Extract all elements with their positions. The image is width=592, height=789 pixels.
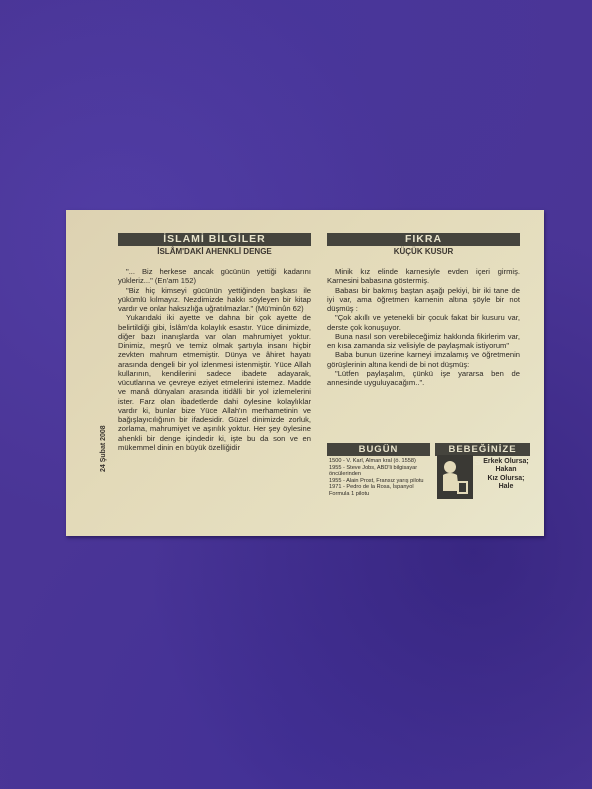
article-title-left: İSLÂM'DAKİ AHENKLİ DENGE bbox=[118, 247, 311, 256]
newspaper-clipping: İSLAMİ BİLGİLER İSLÂM'DAKİ AHENKLİ DENGE… bbox=[66, 210, 544, 536]
born-today-entry: 1955 - Steve Jobs, ABD'li bilgisayar önc… bbox=[329, 465, 432, 478]
paragraph: "... Biz herkese ancak gücünün yettiği k… bbox=[118, 267, 311, 286]
baby-name-suggestions: Erkek Olursa;HakanKız Olursa;Hale bbox=[476, 458, 536, 492]
born-today-entry: 1500 - V. Karl, Alman kral (ö. 1558) bbox=[329, 458, 432, 465]
paragraph: "Lütfen paylaşalım, çünkü işe yararsa be… bbox=[327, 369, 520, 388]
section-title-bugun-doganlar: BUGÜN DOĞANLAR bbox=[327, 443, 430, 456]
baby-name-line: Kız Olursa; bbox=[476, 475, 536, 483]
paragraph: Minik kız elinde karnesiyle evden içeri … bbox=[327, 267, 520, 286]
born-today-list: 1500 - V. Karl, Alman kral (ö. 1558)1955… bbox=[329, 458, 432, 498]
baby-silhouette-icon bbox=[437, 455, 473, 499]
born-today-entry: 1971 - Pedro de la Rosa, İspanyol Formul… bbox=[329, 484, 432, 497]
paragraph: Buna nasıl son verebileceğimiz hakkında … bbox=[327, 332, 520, 351]
article-body-right: Minik kız elinde karnesiyle evden içeri … bbox=[327, 267, 520, 387]
baby-name-line: Erkek Olursa; bbox=[476, 458, 536, 466]
paragraph: "Biz hiç kimseyi gücünün yettiğinden baş… bbox=[118, 286, 311, 314]
article-body-left: "... Biz herkese ancak gücünün yettiği k… bbox=[118, 267, 311, 452]
date-label: 24 Şubat 2008 bbox=[100, 425, 107, 472]
article-title-right: KÜÇÜK KUSUR bbox=[327, 247, 520, 256]
baby-name-line: Hakan bbox=[476, 466, 536, 474]
paragraph: Yukarıdaki iki ayette ve dahna bir çok a… bbox=[118, 313, 311, 452]
paragraph: "Çok akıllı ve yetenekli bir çocuk fakat… bbox=[327, 313, 520, 332]
paragraph: Babası bir bakmış baştan aşağı pekiyi, b… bbox=[327, 286, 520, 314]
section-title-islami-bilgiler: İSLAMİ BİLGİLER bbox=[118, 233, 311, 246]
baby-name-line: Hale bbox=[476, 483, 536, 491]
paragraph: Baba bunun üzerine karneyi imzalamış ve … bbox=[327, 350, 520, 369]
section-title-fikra: FIKRA bbox=[327, 233, 520, 246]
